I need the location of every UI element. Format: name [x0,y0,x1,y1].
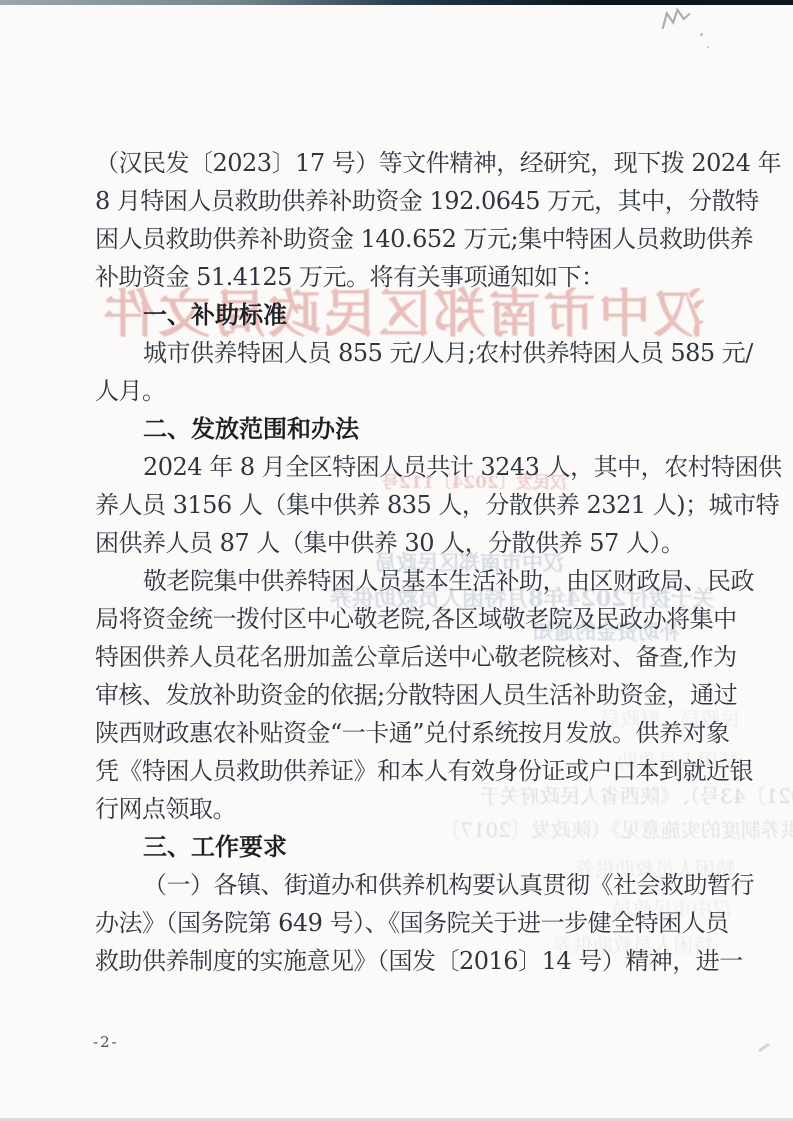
body-line: 敬老院集中供养特困人员基本生活补助，由区财政局、民政 [95,562,707,600]
body-line: （一）各镇、街道办和供养机构要认真贯彻《社会救助暂行 [95,866,707,904]
body-line: 补助资金 51.4125 万元。将有关事项通知如下： [95,258,707,296]
scan-smudge-mark [658,4,696,38]
body-line: 养人员 3156 人（集中供养 835 人，分散供养 2321 人)；城市特 [95,486,707,524]
body-line: 困供养人员 87 人（集中供养 30 人，分散供养 57 人）。 [95,524,707,562]
body-line: 2024 年 8 月全区特困人员共计 3243 人，其中，农村特困供 [95,448,707,486]
body-line: 审核、发放补助资金的依据;分散特困人员生活补助资金，通过 [95,676,707,714]
scanned-document-page: 汉中市南郑区民政局文件 汉民发〔2024〕112号 汉中市南郑区民政局 关于拨付… [0,0,793,1121]
body-line: 办法》（国务院第 649 号）、《国务院关于进一步健全特困人员 [95,904,707,942]
page-number: -2- [93,1033,119,1051]
scan-speck [700,33,703,36]
body-line: 特困供养人员花名册加盖公章后送中心敬老院核对、备查,作为 [95,638,707,676]
body-line: 城市供养特困人员 855 元/人月;农村供养特困人员 585 元/ [95,334,707,372]
body-line: 救助供养制度的实施意见》（国发〔2016〕14 号）精神，进一 [95,942,707,980]
scan-edge-top [0,0,793,5]
section-heading-3: 三、工作要求 [95,828,707,866]
section-heading-1: 一、补助标准 [95,296,707,334]
body-line: 陕西财政惠农补贴资金“一卡通”兑付系统按月发放。供养对象 [95,714,707,752]
body-line: 局将资金统一拨付区中心敬老院,各区域敬老院及民政办将集中 [95,600,707,638]
body-line: 困人员救助供养补助资金 140.652 万元;集中特困人员救助供养 [95,220,707,258]
body-line: 凭《特困人员救助供养证》和本人有效身份证或户口本到就近银 [95,752,707,790]
scan-speck [707,46,709,48]
scan-corner-mark [758,1043,770,1052]
document-body: （汉民发〔2023〕17 号）等文件精神，经研究，现下拨 2024 年 8 月特… [95,144,707,980]
body-line: 人月。 [95,372,707,410]
section-heading-2: 二、发放范围和办法 [95,410,707,448]
body-line: （汉民发〔2023〕17 号）等文件精神，经研究，现下拨 2024 年 [95,144,707,182]
body-line: 8 月特困人员救助供养补助资金 192.0645 万元，其中，分散特 [95,182,707,220]
body-line: 行网点领取。 [95,790,707,828]
